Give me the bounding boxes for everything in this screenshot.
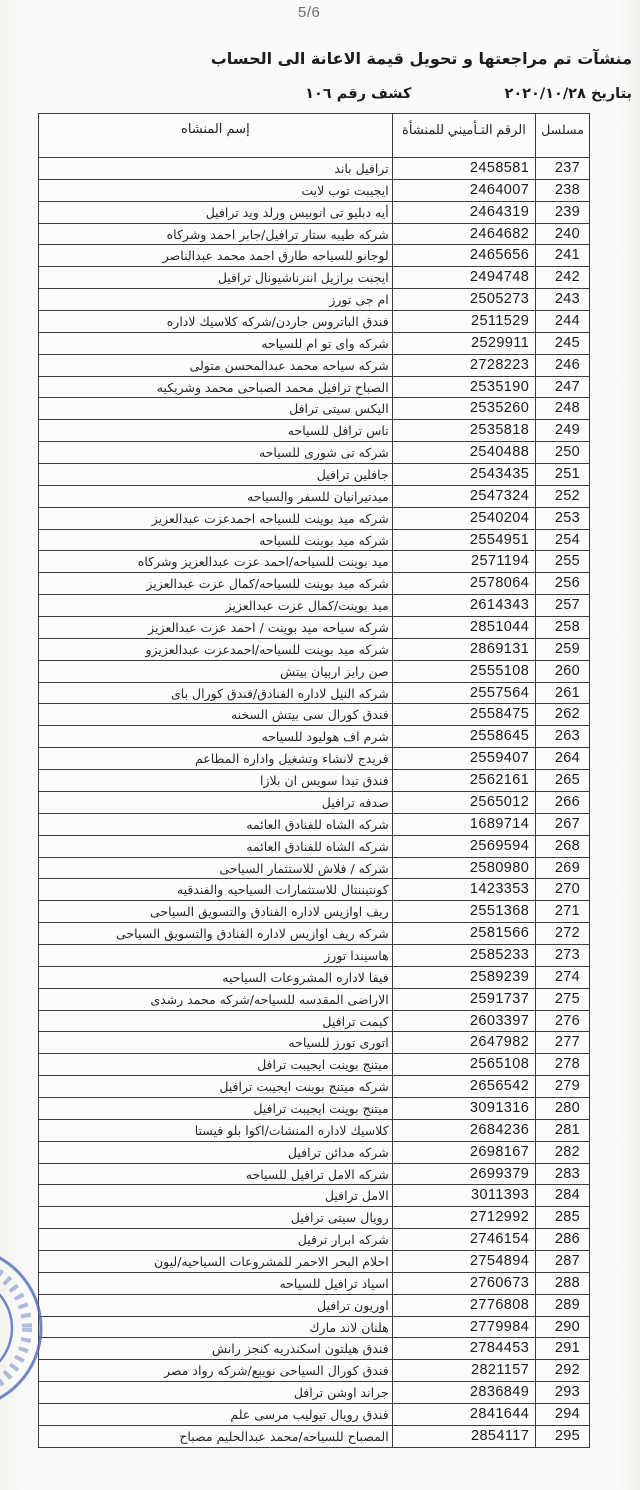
- serial-cell: 287: [536, 1251, 589, 1272]
- serial-cell: 253: [536, 508, 589, 529]
- table-row: كونتيننتال للاستثمارات السياحيه والفندقي…: [39, 878, 589, 900]
- insurance-number-cell: 2728223: [393, 355, 536, 376]
- establishment-name-cell: شركه ميد بوينت للسياحه: [39, 530, 393, 551]
- establishment-name-cell: فندق الباتروس جاردن/شركه كلاسيك لاداره: [39, 311, 393, 332]
- serial-cell: 260: [536, 661, 589, 682]
- establishment-name-cell: ميد بوينت/كمال عزت عبدالعزيز: [39, 595, 393, 616]
- table-row: جافلين ترافيل2543435251: [39, 463, 589, 485]
- serial-cell: 281: [536, 1120, 589, 1141]
- table-row: شركه ميتنج بوينت ايجيبت ترافيل2656542279: [39, 1075, 589, 1097]
- serial-cell: 286: [536, 1229, 589, 1250]
- report-number-text: كشف رقم ١٠٦: [305, 86, 411, 102]
- establishment-name-cell: اسياد ترافيل للسياحه: [39, 1273, 393, 1294]
- establishment-name-cell: الاراضى المقدسه للسياحه/شركه محمد رشدى: [39, 989, 393, 1010]
- table-row: ام جى تورز2505273243: [39, 288, 589, 310]
- insurance-number-cell: 2585233: [393, 945, 536, 966]
- table-row: شركه الشاه للفنادق العائمه1689714267: [39, 813, 589, 835]
- establishment-name-cell: شركه ميتنج بوينت ايجيبت ترافيل: [39, 1076, 393, 1097]
- establishment-name-cell: المصباح للسياحه/محمد عبدالحليم مصباح: [39, 1426, 393, 1447]
- insurance-number-cell: 2458581: [393, 158, 536, 179]
- table-row: فندق هيلتون اسكندريه كنجز رانش2784453291: [39, 1337, 589, 1359]
- table-row: شركه ميد بوينت للسياحه/احمدعزت عبدالعزيز…: [39, 638, 589, 660]
- serial-cell: 270: [536, 879, 589, 900]
- serial-cell: 282: [536, 1142, 589, 1163]
- establishment-name-cell: شركه ريف اوازيس لاداره الفنادق والتسويق …: [39, 923, 393, 944]
- establishment-name-cell: جافلين ترافيل: [39, 464, 393, 485]
- establishment-name-cell: اوريون ترافيل: [39, 1295, 393, 1316]
- insurance-number-cell: 2836849: [393, 1382, 536, 1403]
- establishment-name-cell: فندق رويال تيوليب مرسى علم: [39, 1404, 393, 1425]
- table-row: فندق تيدا سويس ان بلازا2562161265: [39, 769, 589, 791]
- insurance-number-cell: 2540488: [393, 442, 536, 463]
- table-row: شركه سياحه محمد عبدالمحسن متولى272822324…: [39, 354, 589, 376]
- insurance-number-cell: 2746154: [393, 1229, 536, 1250]
- insurance-number-cell: 2854117: [393, 1426, 536, 1447]
- scanned-document-page: { "page": { "page_number": "5/6" }, "hea…: [0, 0, 640, 1490]
- insurance-number-cell: 2647982: [393, 1032, 536, 1053]
- table-row: الصباح ترافيل محمد الصباحى محمد وشريكيه2…: [39, 376, 589, 398]
- serial-cell: 241: [536, 245, 589, 266]
- table-row: فريدج لانشاء وتشغيل واداره المطاعم255940…: [39, 747, 589, 769]
- insurance-number-cell: 2559407: [393, 748, 536, 769]
- serial-cell: 291: [536, 1338, 589, 1359]
- insurance-number-cell: 2712992: [393, 1207, 536, 1228]
- insurance-number-cell: 2869131: [393, 639, 536, 660]
- serial-cell: 269: [536, 858, 589, 879]
- insurance-number-cell: 2555108: [393, 661, 536, 682]
- table-row: اسياد ترافيل للسياحه2760673288: [39, 1272, 589, 1294]
- header-establishment-name: إسم المنشاه: [39, 114, 393, 157]
- establishment-name-cell: الصباح ترافيل محمد الصباحى محمد وشريكيه: [39, 377, 393, 398]
- header-serial: مسلسل: [536, 114, 589, 157]
- insurance-number-cell: 2562161: [393, 770, 536, 791]
- serial-cell: 240: [536, 224, 589, 245]
- establishment-name-cell: شركه تى شورى للسياحه: [39, 442, 393, 463]
- serial-cell: 246: [536, 355, 589, 376]
- serial-cell: 271: [536, 901, 589, 922]
- insurance-number-cell: 2580980: [393, 858, 536, 879]
- establishment-name-cell: اتورى تورز للسياحه: [39, 1032, 393, 1053]
- table-row: شركه ريف اوازيس لاداره الفنادق والتسويق …: [39, 922, 589, 944]
- establishment-name-cell: شركه طيبه ستار ترافيل/جابر احمد وشركاه: [39, 224, 393, 245]
- insurance-number-cell: 2776808: [393, 1295, 536, 1316]
- table-row: ريف اوازيس لاداره الفنادق والتسويق السيا…: [39, 900, 589, 922]
- table-row: شركه الامل ترافيل للسياحه2699379283: [39, 1163, 589, 1185]
- insurance-number-cell: 3011393: [393, 1185, 536, 1206]
- insurance-number-cell: 1423353: [393, 879, 536, 900]
- insurance-number-cell: 3091316: [393, 1098, 536, 1119]
- insurance-number-cell: 2614343: [393, 595, 536, 616]
- establishment-name-cell: ام جى تورز: [39, 289, 393, 310]
- establishment-name-cell: كونتيننتال للاستثمارات السياحيه والفندقي…: [39, 879, 393, 900]
- establishment-name-cell: فريدج لانشاء وتشغيل واداره المطاعم: [39, 748, 393, 769]
- insurance-number-cell: 1689714: [393, 814, 536, 835]
- establishment-name-cell: ترافيل باند: [39, 158, 393, 179]
- table-row: فندق رويال تيوليب مرسى علم2841644294: [39, 1403, 589, 1425]
- serial-cell: 293: [536, 1382, 589, 1403]
- serial-cell: 254: [536, 530, 589, 551]
- serial-cell: 275: [536, 989, 589, 1010]
- table-row: شركه واى تو ام للسياحه2529911245: [39, 332, 589, 354]
- table-row: تاس ترافل للسياحه2535818249: [39, 419, 589, 441]
- serial-cell: 250: [536, 442, 589, 463]
- document-subtitle: بتاريخ ٢٠٢٠/١٠/٢٨ كشف رقم ١٠٦: [305, 86, 632, 102]
- table-row: شركه النيل لاداره الفنادق/فندق كورال باى…: [39, 682, 589, 704]
- serial-cell: 278: [536, 1054, 589, 1075]
- table-row: صدفه ترافيل2565012266: [39, 791, 589, 813]
- establishment-name-cell: هاسيندا تورز: [39, 945, 393, 966]
- insurance-number-cell: 2571194: [393, 551, 536, 572]
- table-row: شرم اف هوليود للسياحه2558645263: [39, 725, 589, 747]
- insurance-number-cell: 2535260: [393, 398, 536, 419]
- table-row: كيمت ترافيل2603397276: [39, 1010, 589, 1032]
- serial-cell: 245: [536, 333, 589, 354]
- establishment-name-cell: شركه ميد بوينت للسياحه احمدعزت عبدالعزيز: [39, 508, 393, 529]
- serial-cell: 266: [536, 792, 589, 813]
- serial-cell: 237: [536, 158, 589, 179]
- table-row: هلنان لاند مارك2779984290: [39, 1316, 589, 1338]
- establishment-name-cell: شركه ابرار ترفيل: [39, 1229, 393, 1250]
- establishment-name-cell: الامل ترافيل: [39, 1185, 393, 1206]
- establishment-name-cell: كيمت ترافيل: [39, 1011, 393, 1032]
- table-row: فندق كورال السياحى نويبع/شركه رواد مصر28…: [39, 1359, 589, 1381]
- serial-cell: 289: [536, 1295, 589, 1316]
- serial-cell: 247: [536, 377, 589, 398]
- establishment-name-cell: فندق تيدا سويس ان بلازا: [39, 770, 393, 791]
- serial-cell: 244: [536, 311, 589, 332]
- serial-cell: 279: [536, 1076, 589, 1097]
- table-row: شركه مدائن ترافيل2698167282: [39, 1141, 589, 1163]
- serial-cell: 264: [536, 748, 589, 769]
- serial-cell: 259: [536, 639, 589, 660]
- serial-cell: 290: [536, 1317, 589, 1338]
- establishment-name-cell: صدفه ترافيل: [39, 792, 393, 813]
- insurance-number-cell: 2540204: [393, 508, 536, 529]
- insurance-number-cell: 2699379: [393, 1164, 536, 1185]
- table-row: شركه طيبه ستار ترافيل/جابر احمد وشركاه24…: [39, 223, 589, 245]
- establishment-name-cell: شركه سياحه ميد بوينت / احمد عزت عبدالعزي…: [39, 617, 393, 638]
- serial-cell: 294: [536, 1404, 589, 1425]
- serial-cell: 248: [536, 398, 589, 419]
- serial-cell: 273: [536, 945, 589, 966]
- table-row: كلاسيك لاداره المنشات/اكوا بلو فيستا2684…: [39, 1119, 589, 1141]
- establishment-name-cell: فندق كورال سى بيتش السخنه: [39, 704, 393, 725]
- establishment-name-cell: شركه / فلاش للاستثمار السياحى: [39, 858, 393, 879]
- insurance-number-cell: 2558475: [393, 704, 536, 725]
- table-row: ميتنج بوينت ايجيبت ترافيل3091316280: [39, 1097, 589, 1119]
- table-row: ترافيل باند2458581237: [39, 157, 589, 179]
- establishment-name-cell: شركه الشاه للفنادق العائمه: [39, 814, 393, 835]
- insurance-number-cell: 2754894: [393, 1251, 536, 1272]
- establishment-name-cell: شركه النيل لاداره الفنادق/فندق كورال باى: [39, 683, 393, 704]
- table-row: جراند اوشن ترافل2836849293: [39, 1381, 589, 1403]
- serial-cell: 267: [536, 814, 589, 835]
- insurance-number-cell: 2760673: [393, 1273, 536, 1294]
- table-row: ميتنج بوينت ايجيبت ترافل2565108278: [39, 1053, 589, 1075]
- serial-cell: 252: [536, 486, 589, 507]
- establishments-table: إسم المنشاه الرقم التـأميني للمنشأة مسلس…: [38, 113, 590, 1448]
- table-header-row: إسم المنشاه الرقم التـأميني للمنشأة مسلس…: [39, 114, 589, 157]
- establishment-name-cell: ايجبت برازيل انترناشيونال ترافيل: [39, 267, 393, 288]
- serial-cell: 256: [536, 573, 589, 594]
- serial-cell: 274: [536, 967, 589, 988]
- insurance-number-cell: 2529911: [393, 333, 536, 354]
- table-row: فندق الباتروس جاردن/شركه كلاسيك لاداره25…: [39, 310, 589, 332]
- table-row: الامل ترافيل3011393284: [39, 1184, 589, 1206]
- insurance-number-cell: 2535190: [393, 377, 536, 398]
- insurance-number-cell: 2464682: [393, 224, 536, 245]
- insurance-number-cell: 2698167: [393, 1142, 536, 1163]
- table-row: شركه الشاه للفنادق العائمه2569594268: [39, 835, 589, 857]
- establishment-name-cell: ايجيبت توب لايت: [39, 180, 393, 201]
- date-text: بتاريخ ٢٠٢٠/١٠/٢٨: [504, 86, 632, 102]
- insurance-number-cell: 2578064: [393, 573, 536, 594]
- serial-cell: 283: [536, 1164, 589, 1185]
- insurance-number-cell: 2558645: [393, 726, 536, 747]
- table-row: رويال سيتى ترافيل2712992285: [39, 1206, 589, 1228]
- establishment-name-cell: شركه مدائن ترافيل: [39, 1142, 393, 1163]
- table-row: شركه ميد بوينت للسياحه2554951254: [39, 529, 589, 551]
- serial-cell: 276: [536, 1011, 589, 1032]
- table-row: شركه / فلاش للاستثمار السياحى2580980269: [39, 857, 589, 879]
- establishment-name-cell: ميتنج بوينت ايجيبت ترافل: [39, 1054, 393, 1075]
- establishment-name-cell: اليكس سيتى ترافل: [39, 398, 393, 419]
- establishment-name-cell: شركه الشاه للفنادق العائمه: [39, 836, 393, 857]
- establishment-name-cell: كلاسيك لاداره المنشات/اكوا بلو فيستا: [39, 1120, 393, 1141]
- serial-cell: 263: [536, 726, 589, 747]
- establishment-name-cell: شركه الامل ترافيل للسياحه: [39, 1164, 393, 1185]
- serial-cell: 239: [536, 202, 589, 223]
- table-row: ميد بوينت/كمال عزت عبدالعزيز2614343257: [39, 594, 589, 616]
- establishment-name-cell: صن رايز اربيان بيتش: [39, 661, 393, 682]
- insurance-number-cell: 2684236: [393, 1120, 536, 1141]
- serial-cell: 249: [536, 420, 589, 441]
- insurance-number-cell: 2543435: [393, 464, 536, 485]
- insurance-number-cell: 2784453: [393, 1338, 536, 1359]
- serial-cell: 238: [536, 180, 589, 201]
- establishment-name-cell: ريف اوازيس لاداره الفنادق والتسويق السيا…: [39, 901, 393, 922]
- insurance-number-cell: 2821157: [393, 1360, 536, 1381]
- insurance-number-cell: 2554951: [393, 530, 536, 551]
- establishment-name-cell: شركه ميد بوينت للسياحه/احمدعزت عبدالعزيز…: [39, 639, 393, 660]
- establishment-name-cell: فندق كورال السياحى نويبع/شركه رواد مصر: [39, 1360, 393, 1381]
- establishment-name-cell: ميتنج بوينت ايجيبت ترافيل: [39, 1098, 393, 1119]
- establishment-name-cell: تاس ترافل للسياحه: [39, 420, 393, 441]
- serial-cell: 292: [536, 1360, 589, 1381]
- table-row: اتورى تورز للسياحه2647982277: [39, 1031, 589, 1053]
- header-insurance-number: الرقم التـأميني للمنشأة: [393, 114, 536, 157]
- page-number: 5/6: [298, 4, 320, 21]
- serial-cell: 295: [536, 1426, 589, 1447]
- insurance-number-cell: 2603397: [393, 1011, 536, 1032]
- table-row: الاراضى المقدسه للسياحه/شركه محمد رشدى25…: [39, 988, 589, 1010]
- document-title: منشآت تم مراجعتها و تحويل قيمة الاعانة ا…: [211, 49, 632, 68]
- serial-cell: 288: [536, 1273, 589, 1294]
- insurance-number-cell: 2581566: [393, 923, 536, 944]
- table-row: المصباح للسياحه/محمد عبدالحليم مصباح2854…: [39, 1425, 589, 1447]
- insurance-number-cell: 2465656: [393, 245, 536, 266]
- insurance-number-cell: 2551368: [393, 901, 536, 922]
- table-row: فيفا لاداره المشروعات السياحيه2589239274: [39, 966, 589, 988]
- serial-cell: 242: [536, 267, 589, 288]
- table-row: أيه دبليو تى انوبيس ورلد ويد ترافيل24643…: [39, 201, 589, 223]
- insurance-number-cell: 2547324: [393, 486, 536, 507]
- insurance-number-cell: 2557564: [393, 683, 536, 704]
- insurance-number-cell: 2535818: [393, 420, 536, 441]
- serial-cell: 277: [536, 1032, 589, 1053]
- table-row: اوريون ترافيل2776808289: [39, 1294, 589, 1316]
- serial-cell: 285: [536, 1207, 589, 1228]
- establishment-name-cell: أيه دبليو تى انوبيس ورلد ويد ترافيل: [39, 202, 393, 223]
- table-row: شركه تى شورى للسياحه2540488250: [39, 441, 589, 463]
- establishment-name-cell: لوجانو للسياحه طارق احمد محمد عبدالناصر: [39, 245, 393, 266]
- official-circular-stamp: [0, 1243, 46, 1413]
- table-row: احلام البحر الاحمر للمشروعات السياحيه/لي…: [39, 1250, 589, 1272]
- insurance-number-cell: 2591737: [393, 989, 536, 1010]
- insurance-number-cell: 2565012: [393, 792, 536, 813]
- establishment-name-cell: احلام البحر الاحمر للمشروعات السياحيه/لي…: [39, 1251, 393, 1272]
- insurance-number-cell: 2494748: [393, 267, 536, 288]
- establishment-name-cell: جراند اوشن ترافل: [39, 1382, 393, 1403]
- establishment-name-cell: شركه واى تو ام للسياحه: [39, 333, 393, 354]
- insurance-number-cell: 2851044: [393, 617, 536, 638]
- establishment-name-cell: فيفا لاداره المشروعات السياحيه: [39, 967, 393, 988]
- table-row: هاسيندا تورز2585233273: [39, 944, 589, 966]
- insurance-number-cell: 2779984: [393, 1317, 536, 1338]
- table-row: شركه ابرار ترفيل2746154286: [39, 1228, 589, 1250]
- insurance-number-cell: 2464007: [393, 180, 536, 201]
- serial-cell: 251: [536, 464, 589, 485]
- establishment-name-cell: ميدتيرانيان للسفر والسياحه: [39, 486, 393, 507]
- table-row: ايجبت برازيل انترناشيونال ترافيل24947482…: [39, 266, 589, 288]
- serial-cell: 243: [536, 289, 589, 310]
- serial-cell: 261: [536, 683, 589, 704]
- serial-cell: 265: [536, 770, 589, 791]
- table-row: فندق كورال سى بيتش السخنه2558475262: [39, 703, 589, 725]
- insurance-number-cell: 2505273: [393, 289, 536, 310]
- serial-cell: 280: [536, 1098, 589, 1119]
- serial-cell: 258: [536, 617, 589, 638]
- table-row: شركه سياحه ميد بوينت / احمد عزت عبدالعزي…: [39, 616, 589, 638]
- table-row: ايجيبت توب لايت2464007238: [39, 179, 589, 201]
- establishment-name-cell: فندق هيلتون اسكندريه كنجز رانش: [39, 1338, 393, 1359]
- table-row: لوجانو للسياحه طارق احمد محمد عبدالناصر2…: [39, 244, 589, 266]
- table-row: اليكس سيتى ترافل2535260248: [39, 397, 589, 419]
- insurance-number-cell: 2841644: [393, 1404, 536, 1425]
- establishment-name-cell: شركه سياحه محمد عبدالمحسن متولى: [39, 355, 393, 376]
- establishment-name-cell: شرم اف هوليود للسياحه: [39, 726, 393, 747]
- table-row: ميدتيرانيان للسفر والسياحه2547324252: [39, 485, 589, 507]
- insurance-number-cell: 2589239: [393, 967, 536, 988]
- serial-cell: 257: [536, 595, 589, 616]
- establishment-name-cell: شركه ميد بوينت للسياحه/كمال عزت عبدالعزي…: [39, 573, 393, 594]
- serial-cell: 284: [536, 1185, 589, 1206]
- insurance-number-cell: 2569594: [393, 836, 536, 857]
- serial-cell: 268: [536, 836, 589, 857]
- insurance-number-cell: 2565108: [393, 1054, 536, 1075]
- serial-cell: 262: [536, 704, 589, 725]
- serial-cell: 255: [536, 551, 589, 572]
- establishment-name-cell: هلنان لاند مارك: [39, 1317, 393, 1338]
- insurance-number-cell: 2511529: [393, 311, 536, 332]
- serial-cell: 272: [536, 923, 589, 944]
- table-body: ترافيل باند2458581237ايجيبت توب لايت2464…: [39, 157, 589, 1447]
- table-row: شركه ميد بوينت للسياحه/كمال عزت عبدالعزي…: [39, 572, 589, 594]
- table-row: صن رايز اربيان بيتش2555108260: [39, 660, 589, 682]
- establishment-name-cell: ميد بوينت للسياحه/احمد عزت عبدالعزيز وشر…: [39, 551, 393, 572]
- table-row: شركه ميد بوينت للسياحه احمدعزت عبدالعزيز…: [39, 507, 589, 529]
- establishment-name-cell: رويال سيتى ترافيل: [39, 1207, 393, 1228]
- insurance-number-cell: 2656542: [393, 1076, 536, 1097]
- insurance-number-cell: 2464319: [393, 202, 536, 223]
- table-row: ميد بوينت للسياحه/احمد عزت عبدالعزيز وشر…: [39, 550, 589, 572]
